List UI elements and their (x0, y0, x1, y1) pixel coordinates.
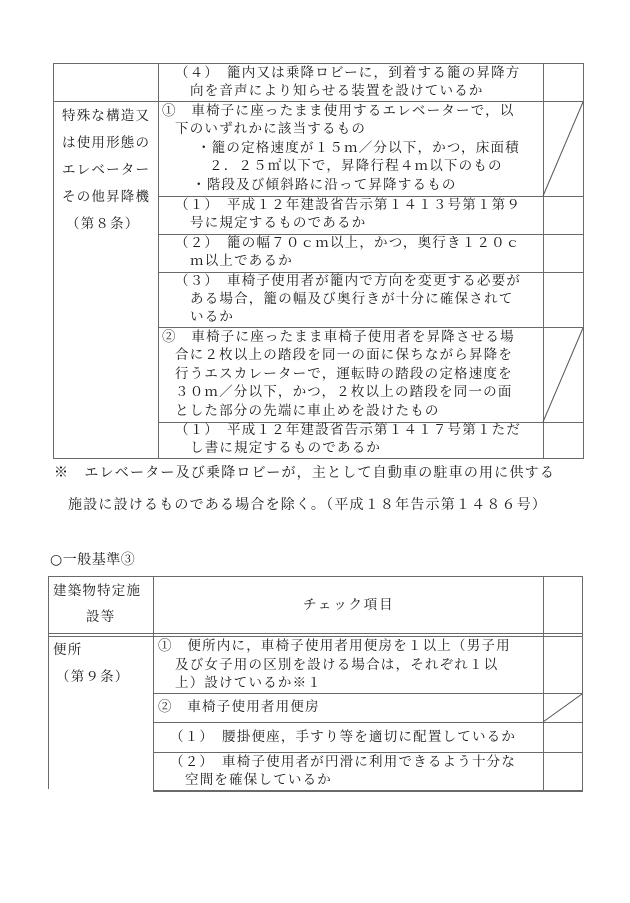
not-applicable-slash-icon (543, 327, 584, 423)
table1-divider-label (158, 63, 159, 459)
check-item-text: （１） 平成１２年建設省告示第１４１３号第１第９ (175, 196, 521, 215)
table2-border-bottom (153, 790, 583, 792)
check-item-text: ① 車椅子に座ったまま使用するエレベーターで，以 (162, 102, 515, 121)
footnote-line: 施設に設けるものである場合を除く。（平成１８年告示第１４８６号） (68, 496, 547, 515)
check-item-text: ② 車椅子に座ったまま車椅子使用者を昇降させる場 (162, 328, 515, 347)
table2-row-divider (153, 693, 583, 694)
label-line: （第９条） (56, 668, 130, 687)
table2-border-left (48, 576, 49, 789)
check-item-text: ３０ｍ／分以下，かつ，２枚以上の踏段を同一の面 (175, 383, 513, 402)
check-item-text: いるか (190, 308, 234, 327)
table2-border-right (582, 576, 583, 790)
check-item-text: 及び女子用の区別を設ける場合は，それぞれ１以 (175, 656, 498, 675)
check-item-text: （１） 腰掛便座，手すり等を適切に配置しているか (170, 728, 516, 747)
check-item-text: ② 車椅子使用者用便房 (158, 698, 320, 717)
table2-row-divider (153, 722, 583, 723)
label-line: 便所 (53, 641, 82, 660)
table1-border-bottom (53, 458, 584, 459)
check-item-text: 空間を確保しているか (185, 771, 332, 790)
check-item-text: （２） 車椅子使用者が円滑に利用できるよう十分な (170, 753, 516, 772)
check-item-text: 行うエスカレーターで，運転時の踏段の定格速度を (175, 365, 513, 384)
check-item-text: ２．２５㎡以下で，昇降行程４ｍ以下のもの (209, 157, 503, 176)
label-line: 特殊な構造又 (62, 107, 150, 126)
check-item-text: ｍ以上であるか (190, 252, 293, 271)
check-item-text: ・階段及び傾斜路に沿って昇降するもの (192, 176, 457, 195)
table1-border-left (53, 63, 54, 459)
check-item-text: 合に２枚以上の踏段を同一の面に保ちながら昇降を (175, 346, 513, 365)
label-line: エレベーター (62, 161, 150, 180)
check-item-text: ① 便所内に，車椅子使用者用便房を１以上（男子用 (158, 637, 511, 656)
check-item-text: （４） 籠内又は乗降ロビーに，到着する籠の昇降方 (175, 64, 521, 83)
check-item-text: 上）設けているか※１ (175, 674, 322, 693)
check-item-text: （１） 平成１２年建設省告示第１４１７号第１ただ (175, 421, 521, 440)
label-line: は使用形態の (62, 134, 150, 153)
check-item-text: （２） 籠の幅７０ｃｍ以上，かつ，奥行き１２０ｃ (175, 234, 521, 253)
check-item-text: ある場合，籠の幅及び奥行きが十分に確保されて (190, 290, 513, 309)
header-facility-label: 設等 (86, 608, 115, 627)
label-line: （第８条） (66, 215, 140, 234)
check-item-text: 号に規定するものであるか (190, 214, 366, 233)
section-heading: ○一般基準③ (50, 551, 135, 570)
not-applicable-slash-icon (543, 693, 583, 723)
check-item-text: 下のいずれかに該当するもの (175, 120, 366, 139)
label-line: その他昇降機 (62, 188, 150, 207)
footnote-line: ※ エレベーター及び乗降ロビーが，主として自動車の駐車の用に供する (54, 464, 555, 483)
header-check-items: チェック項目 (303, 596, 394, 615)
check-item-text: 向を音声により知らせる装置を設けているか (190, 82, 484, 101)
check-item-text: （３） 車椅子使用者が籠内で方向を変更する必要が (175, 272, 521, 291)
table2-header-double-line (48, 633, 583, 634)
header-facility-label: 建築物特定施 (53, 582, 141, 601)
table2-divider-check (543, 576, 544, 790)
table2-divider-label (153, 576, 154, 790)
check-item-text: し書に規定するものであるか (190, 439, 381, 458)
check-item-text: ・籠の定格速度が１５ｍ／分以下，かつ，床面積 (197, 139, 520, 158)
table2-border-top (48, 576, 583, 577)
check-item-text: とした部分の先端に車止めを設けたもの (175, 402, 440, 421)
not-applicable-slash-icon (543, 101, 584, 197)
